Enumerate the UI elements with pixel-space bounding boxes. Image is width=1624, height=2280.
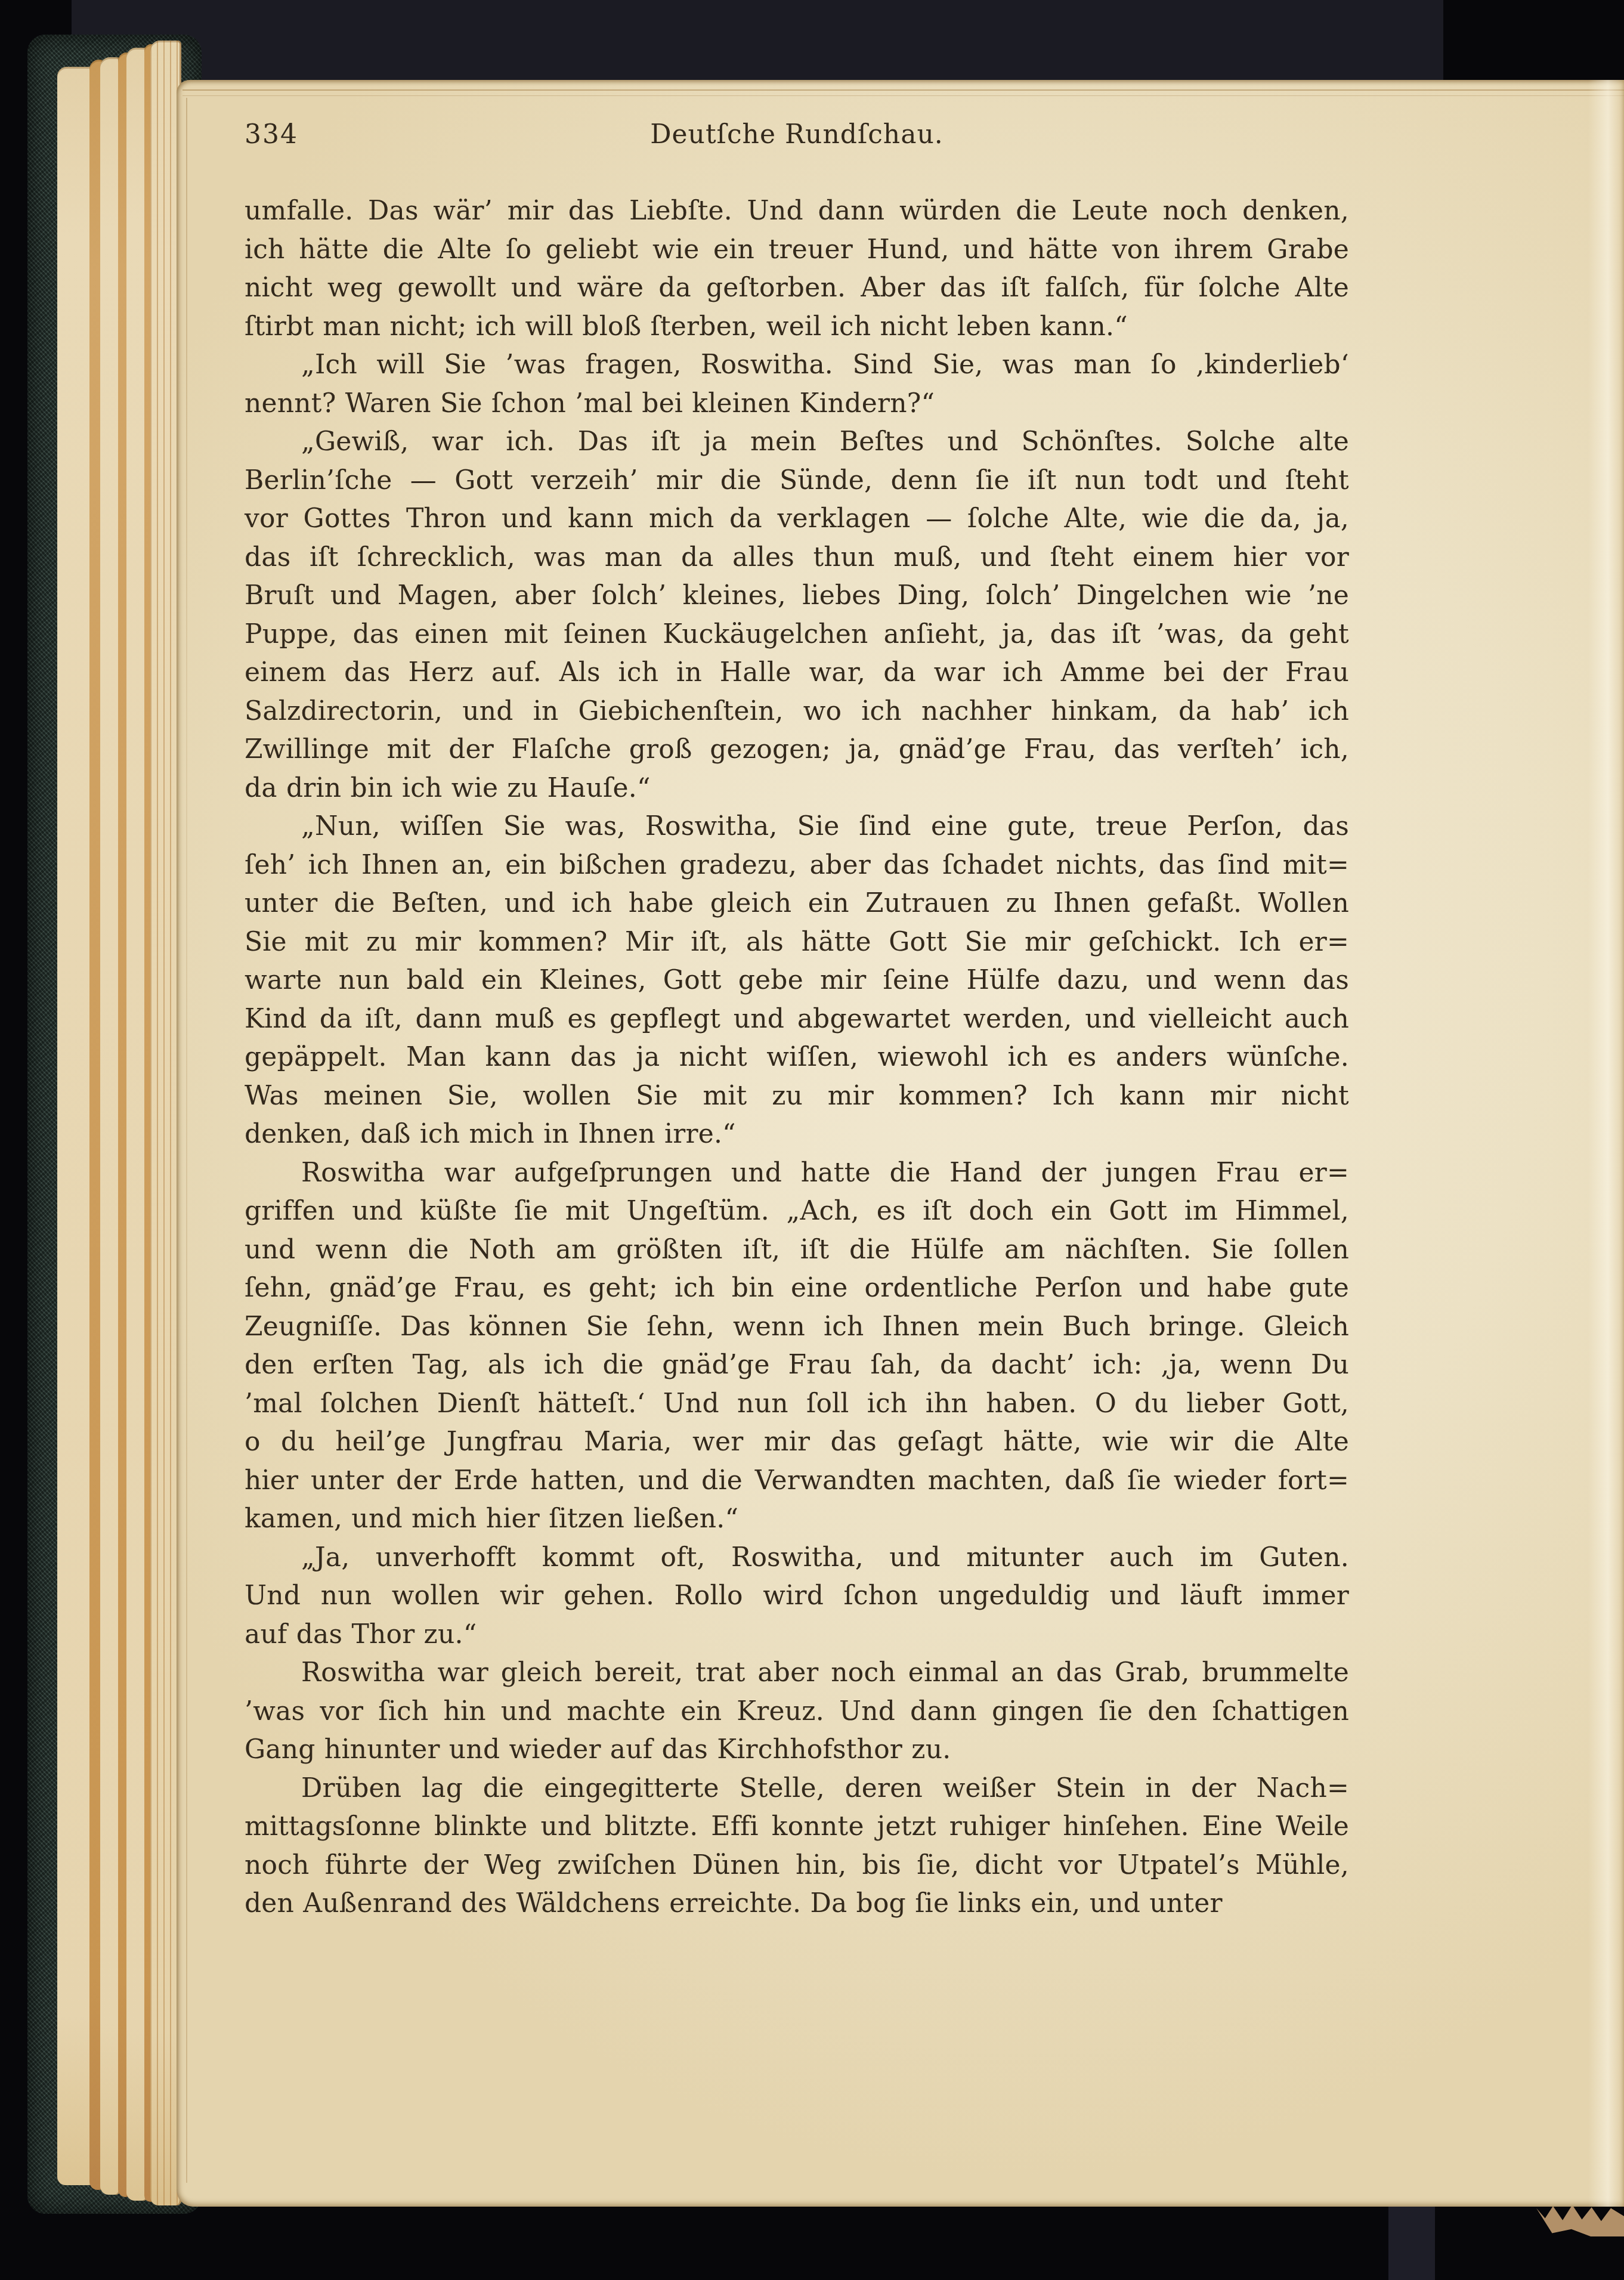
page-edge-strip xyxy=(57,67,94,2185)
text-line: „Nun, wiſſen Sie was, Roswitha, Sie ſind… xyxy=(245,808,1349,846)
text-line: hier unter der Erde hatten, und die Verw… xyxy=(245,1462,1349,1501)
text-line: ſeh’ ich Ihnen an, ein bißchen gradezu, … xyxy=(245,846,1349,885)
underlying-page-edge-line xyxy=(182,89,1624,91)
page-curvature-sheen xyxy=(1588,80,1624,2207)
text-line: denken, daß ich mich in Ihnen irre.“ xyxy=(245,1115,1349,1154)
text-line: ſehn, gnäd’ge Frau, es geht; ich bin ein… xyxy=(245,1269,1349,1308)
text-line: kamen, und mich hier ſitzen ließen.“ xyxy=(245,1500,1349,1539)
text-line: Gang hinunter und wieder auf das Kirchho… xyxy=(245,1731,1349,1769)
text-line: Kind da iſt, dann muß es gepflegt und ab… xyxy=(245,1000,1349,1039)
text-line: ’was vor ſich hin und machte ein Kreuz. … xyxy=(245,1693,1349,1731)
text-line: vor Gottes Thron und kann mich da verkla… xyxy=(245,500,1349,539)
text-line: noch führte der Weg zwiſchen Dünen hin, … xyxy=(245,1846,1349,1885)
text-line: und wenn die Noth am größten iſt, iſt di… xyxy=(245,1231,1349,1270)
text-line: umfalle. Das wär’ mir das Liebſte. Und d… xyxy=(245,192,1349,231)
page-header: 334 Deutſche Rundſchau. xyxy=(245,117,1349,153)
text-line: Zeugniſſe. Das können Sie ſehn, wenn ich… xyxy=(245,1308,1349,1347)
text-line: nennt? Waren Sie ſchon ’mal bei kleinen … xyxy=(245,385,1349,423)
text-line: ’mal ſolchen Dienſt hätteſt.‘ Und nun ſo… xyxy=(245,1385,1349,1424)
text-line: Sie mit zu mir kommen? Mir iſt, als hätt… xyxy=(245,923,1349,962)
text-line: ich hätte die Alte ſo geliebt wie ein tr… xyxy=(245,231,1349,270)
text-line: den Außenrand des Wäldchens erreichte. D… xyxy=(245,1885,1349,1923)
text-line: das iſt ſchrecklich, was man da alles th… xyxy=(245,539,1349,577)
text-line: Roswitha war gleich bereit, trat aber no… xyxy=(245,1654,1349,1693)
text-block: umfalle. Das wär’ mir das Liebſte. Und d… xyxy=(245,192,1349,1923)
running-title: Deutſche Rundſchau. xyxy=(245,119,1349,150)
text-line: da drin bin ich wie zu Hauſe.“ xyxy=(245,769,1349,808)
text-line: Salzdirectorin, und in Giebichenſtein, w… xyxy=(245,692,1349,731)
text-line: Und nun wollen wir gehen. Rollo wird ſch… xyxy=(245,1577,1349,1616)
text-line: auf das Thor zu.“ xyxy=(245,1616,1349,1654)
text-line: Puppe, das einen mit ſeinen Kuckäugelche… xyxy=(245,615,1349,654)
text-line: o du heil’ge Jungfrau Maria, wer mir das… xyxy=(245,1423,1349,1462)
text-line: warte nun bald ein Kleines, Gott gebe mi… xyxy=(245,961,1349,1000)
text-line: unter die Beſten, und ich habe gleich ei… xyxy=(245,884,1349,923)
text-line: „Ja, unverhofft kommt oft, Roswitha, und… xyxy=(245,1539,1349,1577)
text-line: nicht weg gewollt und wäre da geſtorben.… xyxy=(245,269,1349,308)
text-line: ſtirbt man nicht; ich will bloß ſterben,… xyxy=(245,308,1349,347)
page-edge-strip xyxy=(100,57,120,2195)
text-line: Was meinen Sie, wollen Sie mit zu mir ko… xyxy=(245,1077,1349,1116)
text-line: griffen und küßte ſie mit Ungeſtüm. „Ach… xyxy=(245,1192,1349,1231)
text-line: Roswitha war aufgeſprungen und hatte die… xyxy=(245,1154,1349,1193)
text-line: gepäppelt. Man kann das ja nicht wiſſen,… xyxy=(245,1038,1349,1077)
photographed-book-scene: 334 Deutſche Rundſchau. umfalle. Das wär… xyxy=(0,0,1624,2280)
text-line: „Ich will Sie ’was fragen, Roswitha. Sin… xyxy=(245,346,1349,385)
text-line: „Gewiß, war ich. Das iſt ja mein Beſtes … xyxy=(245,423,1349,462)
text-line: einem das Herz auf. Als ich in Halle war… xyxy=(245,654,1349,692)
text-line: Berlin’ſche — Gott verzeih’ mir die Sünd… xyxy=(245,462,1349,500)
text-line: Bruſt und Magen, aber ſolch’ kleines, li… xyxy=(245,577,1349,615)
text-line: den erſten Tag, als ich die gnäd’ge Frau… xyxy=(245,1346,1349,1385)
text-line: Drüben lag die eingegitterte Stelle, der… xyxy=(245,1769,1349,1808)
text-line: Zwillinge mit der Flaſche groß gezogen; … xyxy=(245,731,1349,769)
page-curl-shadow xyxy=(186,98,187,2183)
text-line: mittagsſonne blinkte und blitzte. Effi k… xyxy=(245,1808,1349,1846)
underlying-page-edge-line xyxy=(182,95,1624,96)
